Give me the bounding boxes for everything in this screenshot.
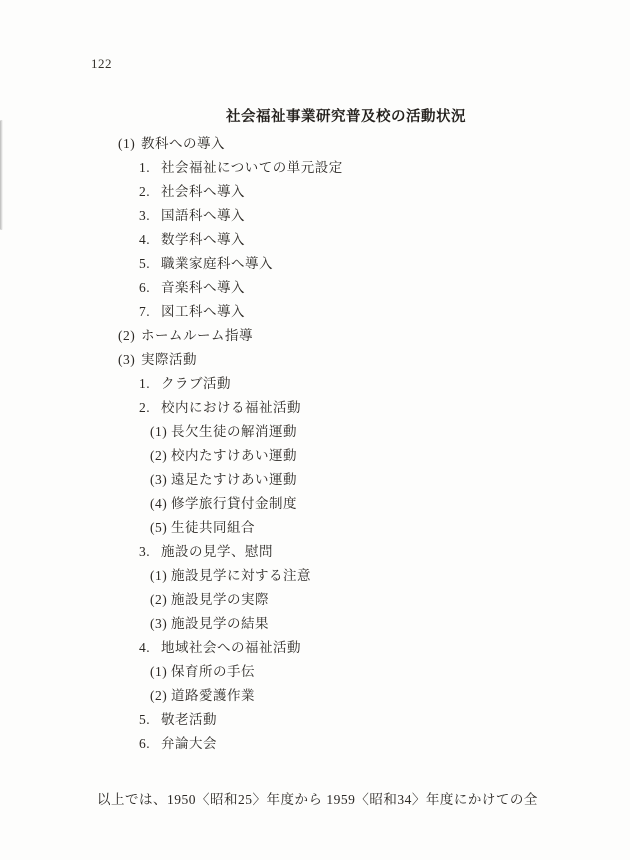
outline-item: (2) 道路愛護作業 bbox=[0, 684, 630, 708]
outline-item-marker: 5. bbox=[139, 708, 161, 732]
outline-item-text: 遠足たすけあい運動 bbox=[171, 468, 297, 492]
outline-item-text: 地域社会への福祉活動 bbox=[161, 636, 301, 660]
outline-item-marker: 2. bbox=[139, 180, 161, 204]
outline-item-marker: (2) bbox=[150, 444, 171, 468]
outline-item-text: 敬老活動 bbox=[161, 708, 217, 732]
outline-item-marker: 5. bbox=[139, 252, 161, 276]
outline-item-text: 修学旅行貸付金制度 bbox=[171, 492, 297, 516]
outline-item: (2) ホームルーム指導 bbox=[0, 324, 630, 348]
outline-item-text: 校内における福祉活動 bbox=[161, 396, 301, 420]
outline-item: 4. 数学科へ導入 bbox=[0, 228, 630, 252]
outline-item-text: 教科への導入 bbox=[141, 132, 225, 156]
scanned-document-page: 122 社会福祉事業研究普及校の活動状況 (1) 教科への導入 1. 社会福祉に… bbox=[0, 0, 630, 860]
outline-item-text: 数学科へ導入 bbox=[161, 228, 245, 252]
outline-item-text: 保育所の手伝 bbox=[171, 660, 255, 684]
outline-item-text: 道路愛護作業 bbox=[171, 684, 255, 708]
outline-item: 3. 国語科へ導入 bbox=[0, 204, 630, 228]
outline-item-marker: 1. bbox=[139, 372, 161, 396]
outline-item-text: 社会福祉についての単元設定 bbox=[161, 156, 343, 180]
outline-item: 1. クラブ活動 bbox=[0, 372, 630, 396]
outline-item-marker: (3) bbox=[150, 612, 171, 636]
outline-item-marker: 4. bbox=[139, 228, 161, 252]
outline-item-text: 生徒共同組合 bbox=[171, 516, 255, 540]
page-number: 122 bbox=[91, 56, 112, 72]
outline-item: 4. 地域社会への福祉活動 bbox=[0, 636, 630, 660]
outline-item-marker: 6. bbox=[139, 276, 161, 300]
outline-item-text: ホームルーム指導 bbox=[141, 324, 253, 348]
outline-item: 6. 弁論大会 bbox=[0, 732, 630, 756]
outline-item: 5. 職業家庭科へ導入 bbox=[0, 252, 630, 276]
outline-item-text: 弁論大会 bbox=[161, 732, 217, 756]
outline-item-marker: (2) bbox=[118, 324, 141, 348]
body-paragraph: 以上では、1950〈昭和25〉年度から 1959〈昭和34〉年度にかけての全 bbox=[97, 789, 557, 811]
outline-list: (1) 教科への導入 1. 社会福祉についての単元設定 2. 社会科へ導入 3.… bbox=[0, 132, 630, 756]
outline-item: (3) 遠足たすけあい運動 bbox=[0, 468, 630, 492]
outline-item-text: 施設見学に対する注意 bbox=[171, 564, 311, 588]
outline-item-marker: 3. bbox=[139, 204, 161, 228]
outline-item: (1) 教科への導入 bbox=[0, 132, 630, 156]
outline-item-marker: (5) bbox=[150, 516, 171, 540]
outline-item: 2. 社会科へ導入 bbox=[0, 180, 630, 204]
outline-item-text: 長欠生徒の解消運動 bbox=[171, 420, 297, 444]
outline-item: 1. 社会福祉についての単元設定 bbox=[0, 156, 630, 180]
outline-item: 7. 図工科へ導入 bbox=[0, 300, 630, 324]
outline-item: (2) 校内たすけあい運動 bbox=[0, 444, 630, 468]
outline-item: (3) 実際活動 bbox=[0, 348, 630, 372]
outline-item-text: クラブ活動 bbox=[161, 372, 231, 396]
outline-item-marker: (3) bbox=[118, 348, 141, 372]
outline-item-marker: (1) bbox=[150, 420, 171, 444]
document-title: 社会福祉事業研究普及校の活動状況 bbox=[0, 106, 630, 128]
outline-item-text: 施設の見学、慰問 bbox=[161, 540, 273, 564]
outline-item-marker: (3) bbox=[150, 468, 171, 492]
outline-item-text: 実際活動 bbox=[141, 348, 197, 372]
outline-item-marker: 4. bbox=[139, 636, 161, 660]
outline-item-marker: (4) bbox=[150, 492, 171, 516]
outline-item-text: 施設見学の実際 bbox=[171, 588, 269, 612]
outline-item: (1) 長欠生徒の解消運動 bbox=[0, 420, 630, 444]
outline-item-text: 音楽科へ導入 bbox=[161, 276, 245, 300]
outline-item-text: 職業家庭科へ導入 bbox=[161, 252, 273, 276]
outline-item: 2. 校内における福祉活動 bbox=[0, 396, 630, 420]
outline-item-text: 施設見学の結果 bbox=[171, 612, 269, 636]
outline-item-marker: (2) bbox=[150, 684, 171, 708]
outline-item: (4) 修学旅行貸付金制度 bbox=[0, 492, 630, 516]
outline-item-marker: (1) bbox=[150, 564, 171, 588]
outline-item: (2) 施設見学の実際 bbox=[0, 588, 630, 612]
outline-item-marker: 1. bbox=[139, 156, 161, 180]
outline-item-marker: (1) bbox=[150, 660, 171, 684]
outline-item-text: 校内たすけあい運動 bbox=[171, 444, 297, 468]
outline-item-text: 社会科へ導入 bbox=[161, 180, 245, 204]
outline-item: 6. 音楽科へ導入 bbox=[0, 276, 630, 300]
outline-item: (5) 生徒共同組合 bbox=[0, 516, 630, 540]
outline-item-marker: (2) bbox=[150, 588, 171, 612]
outline-item: 3. 施設の見学、慰問 bbox=[0, 540, 630, 564]
outline-item-marker: 7. bbox=[139, 300, 161, 324]
outline-item-text: 図工科へ導入 bbox=[161, 300, 245, 324]
outline-item: (3) 施設見学の結果 bbox=[0, 612, 630, 636]
outline-item-marker: 2. bbox=[139, 396, 161, 420]
outline-item-text: 国語科へ導入 bbox=[161, 204, 245, 228]
outline-item-marker: (1) bbox=[118, 132, 141, 156]
outline-item: (1) 施設見学に対する注意 bbox=[0, 564, 630, 588]
outline-item-marker: 6. bbox=[139, 732, 161, 756]
outline-item: (1) 保育所の手伝 bbox=[0, 660, 630, 684]
outline-item-marker: 3. bbox=[139, 540, 161, 564]
outline-item: 5. 敬老活動 bbox=[0, 708, 630, 732]
